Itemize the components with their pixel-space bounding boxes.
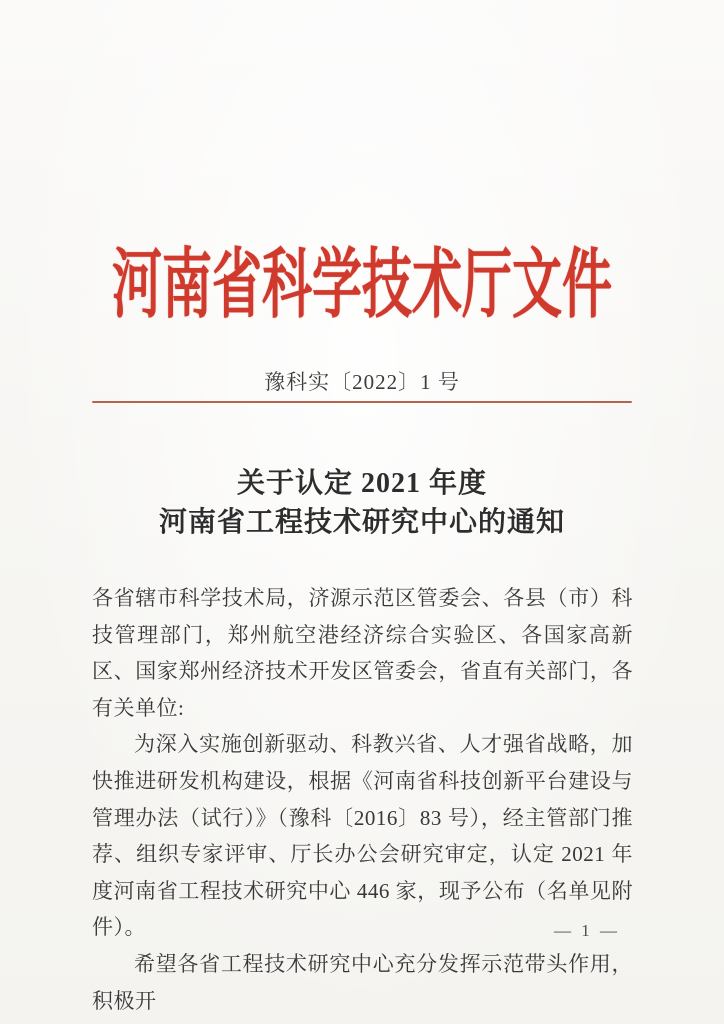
notice-title-line2: 河南省工程技术研究中心的通知 (0, 503, 724, 542)
page-footer: — 1 — (0, 921, 724, 941)
body-paragraph-1: 为深入实施创新驱动、科教兴省、人才强省战略，加快推进研发机构建设，根据《河南省科… (92, 726, 633, 946)
notice-body: 各省辖市科学技术局，济源示范区管委会、各县（市）科技管理部门，郑州航空港经济综合… (92, 580, 633, 1019)
agency-title: 河南省科学技术厅文件 (0, 224, 724, 333)
notice-title: 关于认定 2021 年度 河南省工程技术研究中心的通知 (0, 464, 724, 542)
document-number: 豫科实〔2022〕1 号 (0, 366, 724, 396)
page-number: — 1 — (554, 921, 620, 940)
document-page: 河南省科学技术厅文件 豫科实〔2022〕1 号 关于认定 2021 年度 河南省… (0, 0, 724, 1024)
notice-title-line1: 关于认定 2021 年度 (0, 464, 724, 503)
recipients-paragraph: 各省辖市科学技术局，济源示范区管委会、各县（市）科技管理部门，郑州航空港经济综合… (92, 580, 633, 726)
red-divider-line (92, 401, 632, 403)
body-paragraph-2: 希望各省工程技术研究中心充分发挥示范带头作用，积极开 (92, 946, 633, 1019)
